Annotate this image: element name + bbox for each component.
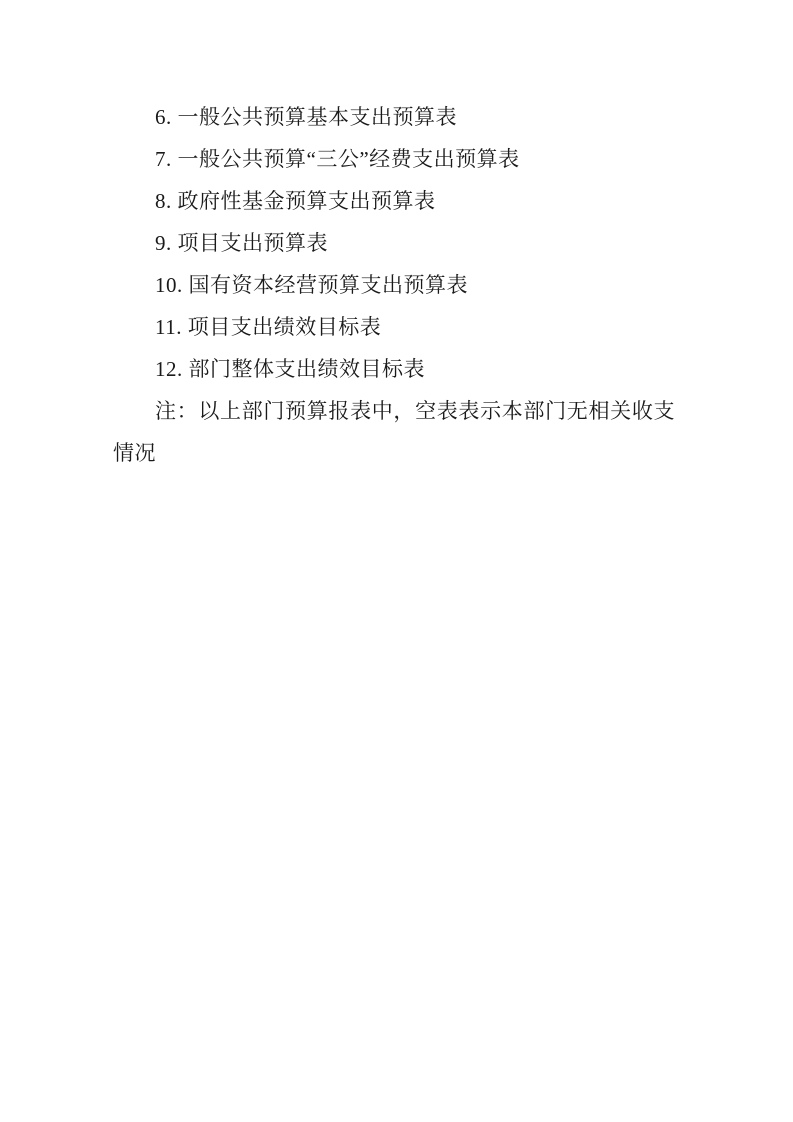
list-item-9: 9. 项目支出预算表 bbox=[113, 222, 675, 264]
list-item-8: 8. 政府性基金预算支出预算表 bbox=[113, 180, 675, 222]
document-body-text: 6. 一般公共预算基本支出预算表 7. 一般公共预算“三公”经费支出预算表 8.… bbox=[113, 96, 675, 474]
note-paragraph: 注：以上部门预算报表中，空表表示本部门无相关收支情况 bbox=[113, 390, 675, 474]
list-item-6: 6. 一般公共预算基本支出预算表 bbox=[113, 96, 675, 138]
document-page: 6. 一般公共预算基本支出预算表 7. 一般公共预算“三公”经费支出预算表 8.… bbox=[0, 0, 793, 1122]
list-item-12: 12. 部门整体支出绩效目标表 bbox=[113, 348, 675, 390]
list-item-11: 11. 项目支出绩效目标表 bbox=[113, 306, 675, 348]
list-item-10: 10. 国有资本经营预算支出预算表 bbox=[113, 264, 675, 306]
list-item-7: 7. 一般公共预算“三公”经费支出预算表 bbox=[113, 138, 675, 180]
